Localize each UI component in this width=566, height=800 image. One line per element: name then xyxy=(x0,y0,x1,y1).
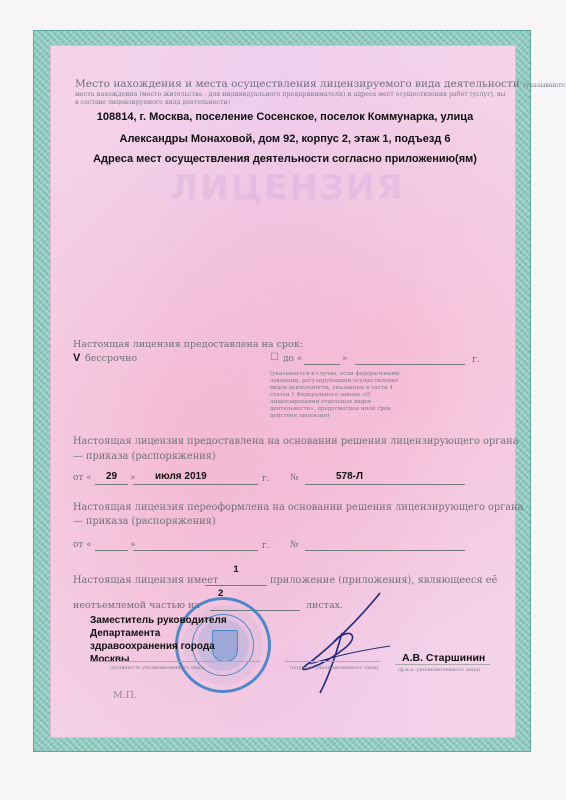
address-line-2: Александры Монаховой, дом 92, корпус 2, … xyxy=(60,133,510,145)
signature-line xyxy=(285,661,380,662)
basis-number: 578-Л xyxy=(336,471,363,482)
address-line-3: Адреса мест осуществления деятельности с… xyxy=(60,153,510,165)
location-note-start: (указываются адрес xyxy=(523,82,566,89)
appendix-count: 1 xyxy=(205,564,267,575)
basis-from-label: от « xyxy=(73,473,92,483)
reissue-label-line-1: Настоящая лицензия переоформлена на осно… xyxy=(73,502,524,513)
reissue-year-suffix: г. xyxy=(262,541,270,551)
basis-day-line xyxy=(95,484,128,485)
signature-caption: (подпись уполномоченного лица) xyxy=(290,664,379,672)
address-line-1: 108814, г. Москва, поселение Сосенское, … xyxy=(60,111,510,123)
name-caption: (ф.и.о. уполномоченного лица) xyxy=(398,666,480,674)
term-date-line xyxy=(355,364,465,365)
position-line xyxy=(90,661,260,662)
reissue-label-line-2: — приказа (распоряжения) xyxy=(73,516,216,527)
reissue-number-line xyxy=(305,550,465,551)
signer-position-line-2: Департамента xyxy=(90,627,227,640)
name-line xyxy=(395,664,490,665)
appendix-prefix: Настоящая лицензия имеет xyxy=(73,575,218,586)
position-caption: (должность уполномоченного лица) xyxy=(110,664,206,672)
reissue-day-line xyxy=(95,550,128,551)
location-heading: Место нахождения и места осуществления л… xyxy=(75,78,566,90)
term-label: Настоящая лицензия предоставлена на срок… xyxy=(73,339,303,350)
basis-number-line xyxy=(305,484,465,485)
signer-position-line-1: Заместитель руководителя xyxy=(90,614,227,627)
appendix-line-2-prefix: неотъемлемой частью на xyxy=(73,600,200,611)
term-unlimited-option: бессрочно xyxy=(85,353,137,364)
signer-name: А.В. Старшинин xyxy=(402,652,485,664)
basis-day: 29 xyxy=(95,471,128,482)
term-until-checkbox: ☐ xyxy=(270,352,279,363)
basis-number-label: № xyxy=(290,473,299,483)
basis-year-suffix: г. xyxy=(262,474,270,484)
location-note-line-3: в составе лицензируемого вида деятельнос… xyxy=(75,99,230,107)
term-until-prefix: до « xyxy=(283,354,302,364)
basis-label-line-1: Настоящая лицензия предоставлена на осно… xyxy=(73,436,519,447)
term-until-suffix: г. xyxy=(472,355,480,365)
signer-position: Заместитель руководителя Департамента зд… xyxy=(90,614,227,666)
basis-label-line-2: — приказа (распоряжения) xyxy=(73,451,216,462)
basis-close-quote: » xyxy=(130,473,136,483)
appendix-count-line xyxy=(205,585,267,586)
signature-icon xyxy=(290,588,400,698)
location-note-line-2: места нахождения (место жительства - для… xyxy=(75,91,505,99)
term-note: (указывается в случае, если федеральными… xyxy=(270,371,405,420)
location-heading-text: Место нахождения и места осуществления л… xyxy=(75,78,520,90)
signer-position-line-3: здравоохранения города xyxy=(90,640,227,653)
term-day-line xyxy=(304,364,340,365)
term-until-quote: » xyxy=(342,354,348,364)
reissue-from-label: от « xyxy=(73,540,92,550)
reissue-number-label: № xyxy=(290,540,299,550)
basis-month-year: июля 2019 xyxy=(155,471,207,482)
reissue-close-quote: » xyxy=(130,540,136,550)
basis-month-line xyxy=(133,484,258,485)
term-check-mark: V xyxy=(73,352,80,364)
bleed-through-title: ЛИЦЕНЗИЯ xyxy=(170,168,405,208)
reissue-month-line xyxy=(133,550,258,551)
appendix-suffix: приложение (приложения), являющееся её xyxy=(270,575,497,586)
seal-label: М.П. xyxy=(113,690,137,701)
